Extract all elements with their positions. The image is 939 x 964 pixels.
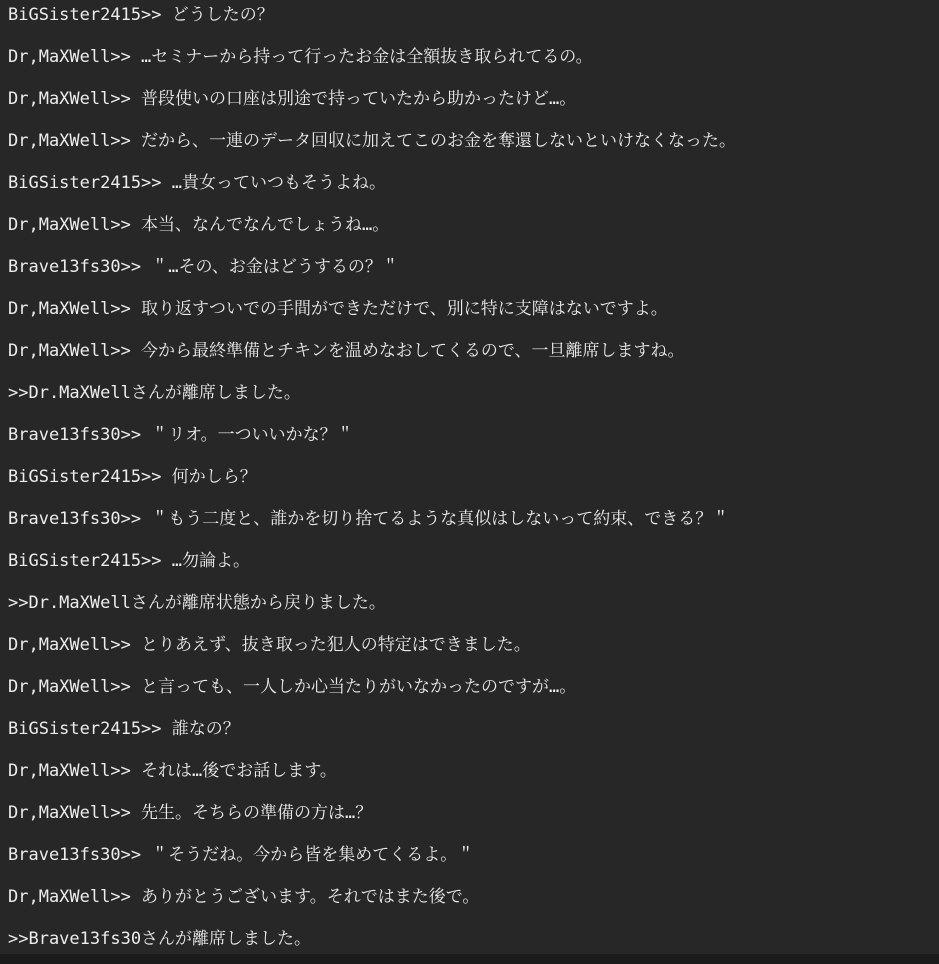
chat-message: Dr,MaXWell>> と言っても、一人しか心当たりがいなかったのですが…。 — [8, 677, 931, 719]
system-message: >>Brave13fs30さんが離席しました。 — [8, 929, 931, 954]
chat-message: BiGSister2415>> どうしたの？ — [8, 5, 931, 47]
chat-message: BiGSister2415>> …勿論よ。 — [8, 551, 931, 593]
chat-message: Dr,MaXWell>> 取り返すついでの手間ができただけで、別に特に支障はない… — [8, 299, 931, 341]
chat-message: BiGSister2415>> 誰なの？ — [8, 719, 931, 761]
chat-message: Dr,MaXWell>> 本当、なんでなんでしょうね…。 — [8, 215, 931, 257]
system-message: >>Dr.MaXWellさんが離席しました。 — [8, 383, 931, 425]
chat-log[interactable]: BiGSister2415>> どうしたの？Dr,MaXWell>> …セミナー… — [0, 0, 939, 954]
system-message: >>Dr.MaXWellさんが離席状態から戻りました。 — [8, 593, 931, 635]
chat-message: Dr,MaXWell>> 普段使いの口座は別途で持っていたから助かったけど…。 — [8, 89, 931, 131]
chat-message: Dr,MaXWell>> 先生。そちらの準備の方は…？ — [8, 803, 931, 845]
chat-message: Dr,MaXWell>> 今から最終準備とチキンを温めなおしてくるので、一旦離席… — [8, 341, 931, 383]
chat-message: Dr,MaXWell>> だから、一連のデータ回収に加えてこのお金を奪還しないと… — [8, 131, 931, 173]
chat-message: Dr,MaXWell>> ありがとうございます。それではまた後で。 — [8, 887, 931, 929]
bottom-edge-bar — [0, 954, 939, 964]
chat-message: BiGSister2415>> …貴女っていつもそうよね。 — [8, 173, 931, 215]
chat-message: Brave13fs30>> ＂もう二度と、誰かを切り捨てるような真似はしないって… — [8, 509, 931, 551]
chat-message: Brave13fs30>> ＂そうだね。今から皆を集めてくるよ。＂ — [8, 845, 931, 887]
chat-message: BiGSister2415>> 何かしら？ — [8, 467, 931, 509]
chat-message: Dr,MaXWell>> …セミナーから持って行ったお金は全額抜き取られてるの。 — [8, 47, 931, 89]
chat-message: Brave13fs30>> ＂リオ。一ついいかな？＂ — [8, 425, 931, 467]
chat-message: Dr,MaXWell>> とりあえず、抜き取った犯人の特定はできました。 — [8, 635, 931, 677]
chat-message: Dr,MaXWell>> それは…後でお話します。 — [8, 761, 931, 803]
chat-message: Brave13fs30>> ＂…その、お金はどうするの？＂ — [8, 257, 931, 299]
